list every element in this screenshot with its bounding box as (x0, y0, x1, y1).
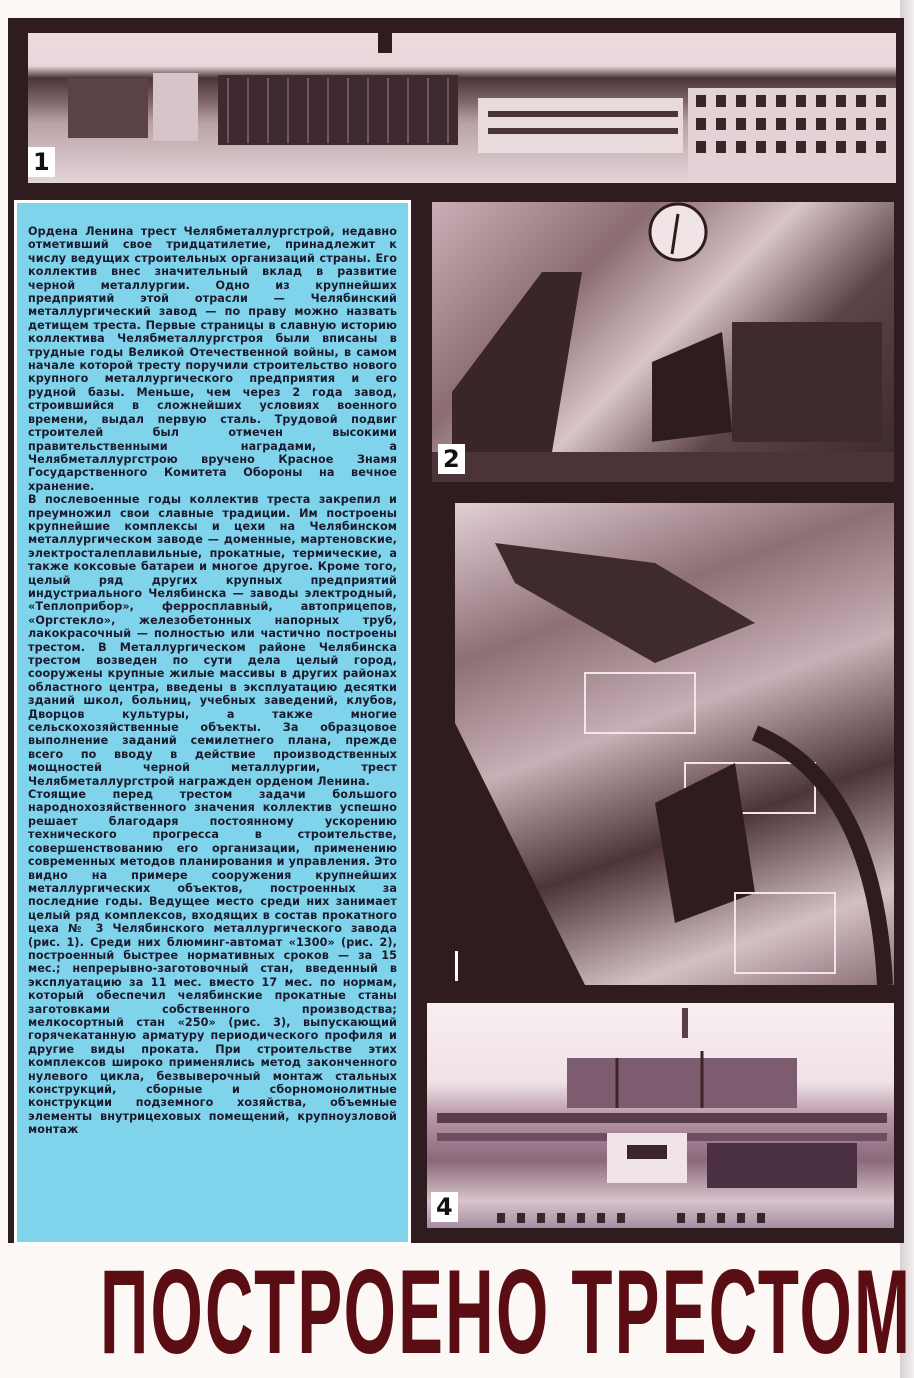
article-paragraph: В послевоенные годы коллектив треста зак… (28, 493, 397, 788)
photo-number: 1 (28, 147, 55, 177)
factory-panorama-illustration (28, 33, 896, 183)
photo-3: 3 (455, 503, 894, 985)
rolling-mill-illustration (455, 503, 894, 985)
photo-number: 3 (455, 951, 458, 981)
factory-complex-illustration (427, 1003, 894, 1228)
photo-number: 2 (438, 444, 465, 474)
photo-number: 4 (431, 1192, 458, 1222)
article-paragraph: Стоящие перед трестом задачи большого на… (28, 788, 397, 1137)
photo-1: 1 (28, 33, 896, 183)
photo-4: 4 (427, 1003, 894, 1228)
blooming-mill-illustration (432, 202, 894, 482)
photo-2: 2 (432, 202, 894, 482)
article-title: ПОСТРОЕНО ТРЕСТОМ (100, 1262, 542, 1362)
article-text-box: Ордена Ленина трест Челябметаллургстрой,… (14, 200, 411, 1245)
article-paragraph: Ордена Ленина трест Челябметаллургстрой,… (28, 225, 397, 493)
